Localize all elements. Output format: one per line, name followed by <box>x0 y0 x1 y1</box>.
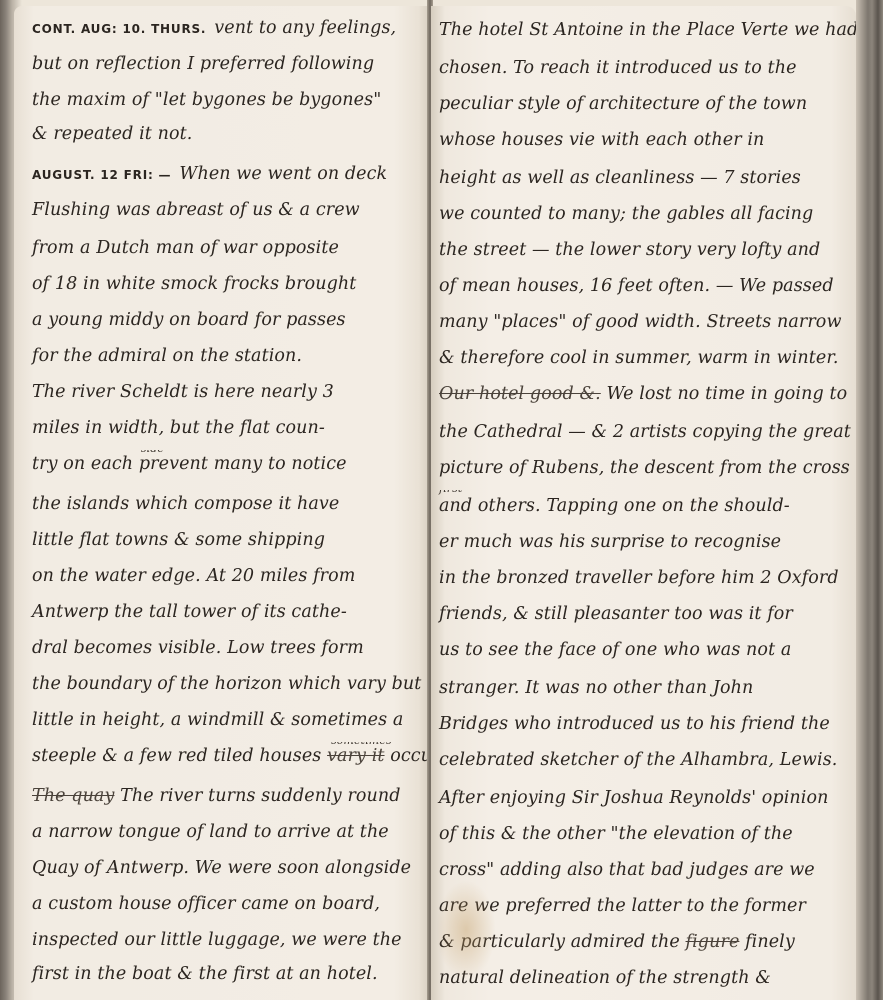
diary-line: a narrow tongue of land to arrive at the <box>14 822 429 862</box>
line-text: us to see the face of one who was not a <box>439 640 791 660</box>
line-text: little in height, a windmill & sometimes… <box>32 710 403 730</box>
diary-line: for the admiral on the station. <box>14 346 429 386</box>
diary-line: Our hotel good &. We lost no time in goi… <box>431 384 856 424</box>
line-text: Antwerp the tall tower of its cathe- <box>32 602 347 622</box>
diary-line: a custom house officer came on board, <box>14 894 429 934</box>
line-text: The river Scheldt is here nearly 3 <box>32 382 334 402</box>
diary-line: Quay of Antwerp. We were soon alongside <box>14 858 429 898</box>
line-text: picture of Rubens, the descent from the … <box>439 458 850 478</box>
diary-line: Flushing was abreast of us & a crew <box>14 200 429 240</box>
diary-line: of this & the other "the elevation of th… <box>431 824 856 864</box>
line-text: chosen. To reach it introduced us to the <box>439 58 797 78</box>
line-text: We lost no time in going to <box>606 384 847 404</box>
diary-line: CONT. AUG: 10. THURS.vent to any feeling… <box>14 18 429 58</box>
diary-line: but on reflection I preferred following <box>14 54 429 94</box>
line-text: a young middy on board for passes <box>32 310 346 330</box>
line-text: inspected our little luggage, we were th… <box>32 930 402 950</box>
diary-line: from a Dutch man of war opposite <box>14 238 429 278</box>
diary-line: & therefore cool in summer, warm in wint… <box>431 348 856 388</box>
inserted-word: sometimes <box>331 742 392 747</box>
struck-word: The quay <box>32 786 114 806</box>
diary-line: friends, & still pleasanter too was it f… <box>431 604 856 644</box>
diary-line: on the water edge. At 20 miles from <box>14 566 429 606</box>
date-heading: CONT. AUG: 10. THURS. <box>32 22 206 36</box>
diary-line: a young middy on board for passes <box>14 310 429 350</box>
line-text: for the admiral on the station. <box>32 346 302 366</box>
diary-line: dral becomes visible. Low trees form <box>14 638 429 678</box>
diary-line: The quay The river turns suddenly round <box>14 786 429 826</box>
diary-line: After enjoying Sir Joshua Reynolds' opin… <box>431 788 856 828</box>
diary-line: of 18 in white smock frocks brought <box>14 274 429 314</box>
line-text: miles in width, but the flat coun- <box>32 418 325 438</box>
struck-word: Our hotel good &. <box>439 384 601 404</box>
line-text: The river turns suddenly round <box>120 786 400 806</box>
diary-line: The river Scheldt is here nearly 3 <box>14 382 429 422</box>
diary-line: Bridges who introduced us to his friend … <box>431 714 856 754</box>
inserted-word: side <box>141 450 164 455</box>
line-text: Flushing was abreast of us & a crew <box>32 200 360 220</box>
diary-line: try on each sideprevent many to notice <box>14 450 429 498</box>
line-text: celebrated sketcher of the Alhambra, Lew… <box>439 750 837 770</box>
left-page: CONT. AUG: 10. THURS.vent to any feeling… <box>14 6 429 1000</box>
line-text: little flat towns & some shipping <box>32 530 325 550</box>
diary-line: many "places" of good width. Streets nar… <box>431 312 856 352</box>
line-text: try on each <box>32 454 133 474</box>
struck-word: vary it <box>327 746 384 766</box>
diary-line: the street — the lower story very lofty … <box>431 240 856 280</box>
line-text: After enjoying Sir Joshua Reynolds' opin… <box>439 788 829 808</box>
diary-line: us to see the face of one who was not a <box>431 640 856 680</box>
line-text: first in the boat & the first at an hote… <box>32 964 378 984</box>
diary-line: little flat towns & some shipping <box>14 530 429 570</box>
diary-line: height as well as cleanliness — 7 storie… <box>431 168 856 208</box>
line-text: whose houses vie with each other in <box>439 130 764 150</box>
line-text: the Cathedral — & 2 artists copying the … <box>439 422 851 442</box>
line-text: & therefore cool in summer, warm in wint… <box>439 348 839 368</box>
struck-word: figure <box>686 932 740 952</box>
diary-line: the Cathedral — & 2 artists copying the … <box>431 422 856 462</box>
line-text: the islands which compose it have <box>32 494 339 514</box>
diary-line: first in the boat & the first at an hote… <box>14 964 429 1000</box>
diary-line: stranger. It was no other than John <box>431 678 856 718</box>
line-text: of 18 in white smock frocks brought <box>32 274 356 294</box>
line-text: steeple & a few red tiled houses <box>32 746 321 766</box>
line-text: a custom house officer came on board, <box>32 894 380 914</box>
line-text: & repeated it not. <box>32 124 192 144</box>
diary-line: we counted to many; the gables all facin… <box>431 204 856 244</box>
line-text: occur. <box>390 746 429 766</box>
line-text: dral becomes visible. Low trees form <box>32 638 364 658</box>
line-text: the street — the lower story very lofty … <box>439 240 820 260</box>
line-text: stranger. It was no other than John <box>439 678 753 698</box>
line-text: the maxim of "let bygones be bygones" <box>32 90 381 110</box>
line-text: finely <box>745 932 795 952</box>
water-stain <box>436 880 496 980</box>
diary-line: in the bronzed traveller before him 2 Ox… <box>431 568 856 608</box>
line-text: many "places" of good width. Streets nar… <box>439 312 842 332</box>
line-text: height as well as cleanliness — 7 storie… <box>439 168 801 188</box>
line-text: peculiar style of architecture of the to… <box>439 94 807 114</box>
line-text: cross" adding also that bad judges are w… <box>439 860 815 880</box>
diary-line: of mean houses, 16 feet often. — We pass… <box>431 276 856 316</box>
diary-line: The hotel St Antoine in the Place Verte … <box>431 20 856 60</box>
diary-line: celebrated sketcher of the Alhambra, Lew… <box>431 750 856 790</box>
diary-line: peculiar style of architecture of the to… <box>431 94 856 134</box>
line-text: er much was his surprise to recognise <box>439 532 781 552</box>
line-text: a narrow tongue of land to arrive at the <box>32 822 389 842</box>
page-edges <box>856 0 883 1000</box>
line-text: of mean houses, 16 feet often. — We pass… <box>439 276 834 296</box>
line-text: The hotel St Antoine in the Place Verte … <box>439 20 856 40</box>
line-text: friends, & still pleasanter too was it f… <box>439 604 793 624</box>
line-text: we counted to many; the gables all facin… <box>439 204 813 224</box>
line-text: from a Dutch man of war opposite <box>32 238 339 258</box>
diary-line: steeple & a few red tiled houses sometim… <box>14 742 429 790</box>
line-text: prevent many to notice <box>139 454 347 474</box>
line-text: in the bronzed traveller before him 2 Ox… <box>439 568 839 588</box>
line-text: When we went on deck <box>179 164 387 184</box>
diary-line: AUGUST. 12 FRI: —When we went on deck <box>14 164 429 204</box>
line-text: vent to any feelings, <box>214 18 396 38</box>
line-text: but on reflection I preferred following <box>32 54 374 74</box>
diary-line: the islands which compose it have <box>14 494 429 534</box>
line-text: Quay of Antwerp. We were soon alongside <box>32 858 411 878</box>
diary-line: chosen. To reach it introduced us to the <box>431 58 856 98</box>
diary-line: whose houses vie with each other in <box>431 130 856 170</box>
line-text: and others. Tapping one on the should- <box>439 496 790 516</box>
diary-line: er much was his surprise to recognise <box>431 532 856 572</box>
line-text: on the water edge. At 20 miles from <box>32 566 355 586</box>
right-page: The hotel St Antoine in the Place Verte … <box>431 6 856 1000</box>
line-text: Bridges who introduced us to his friend … <box>439 714 830 734</box>
diary-spread: CONT. AUG: 10. THURS.vent to any feeling… <box>0 0 883 1000</box>
inserted-word: first <box>439 490 462 495</box>
diary-line: the boundary of the horizon which vary b… <box>14 674 429 714</box>
date-heading: AUGUST. 12 FRI: — <box>32 168 171 182</box>
diary-line: Antwerp the tall tower of its cathe- <box>14 602 429 642</box>
diary-line: & repeated it not. <box>14 124 429 164</box>
line-text: the boundary of the horizon which vary b… <box>32 674 421 694</box>
line-text: of this & the other "the elevation of th… <box>439 824 793 844</box>
